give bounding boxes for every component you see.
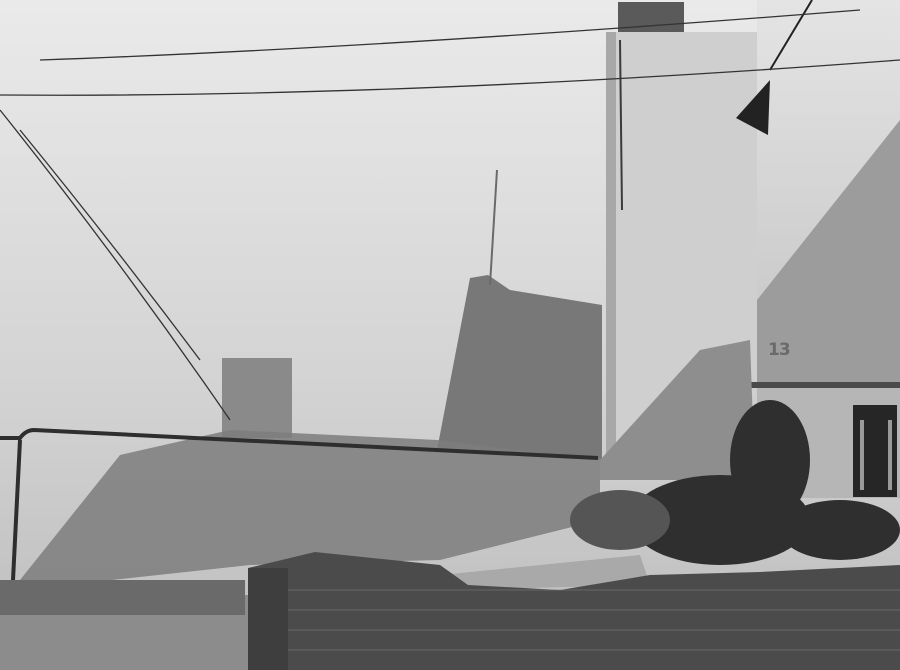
low-brick-wall [0,580,245,615]
photograph: 13 [0,0,900,670]
house-number: 13 [768,340,790,360]
photo-scene [0,0,900,670]
